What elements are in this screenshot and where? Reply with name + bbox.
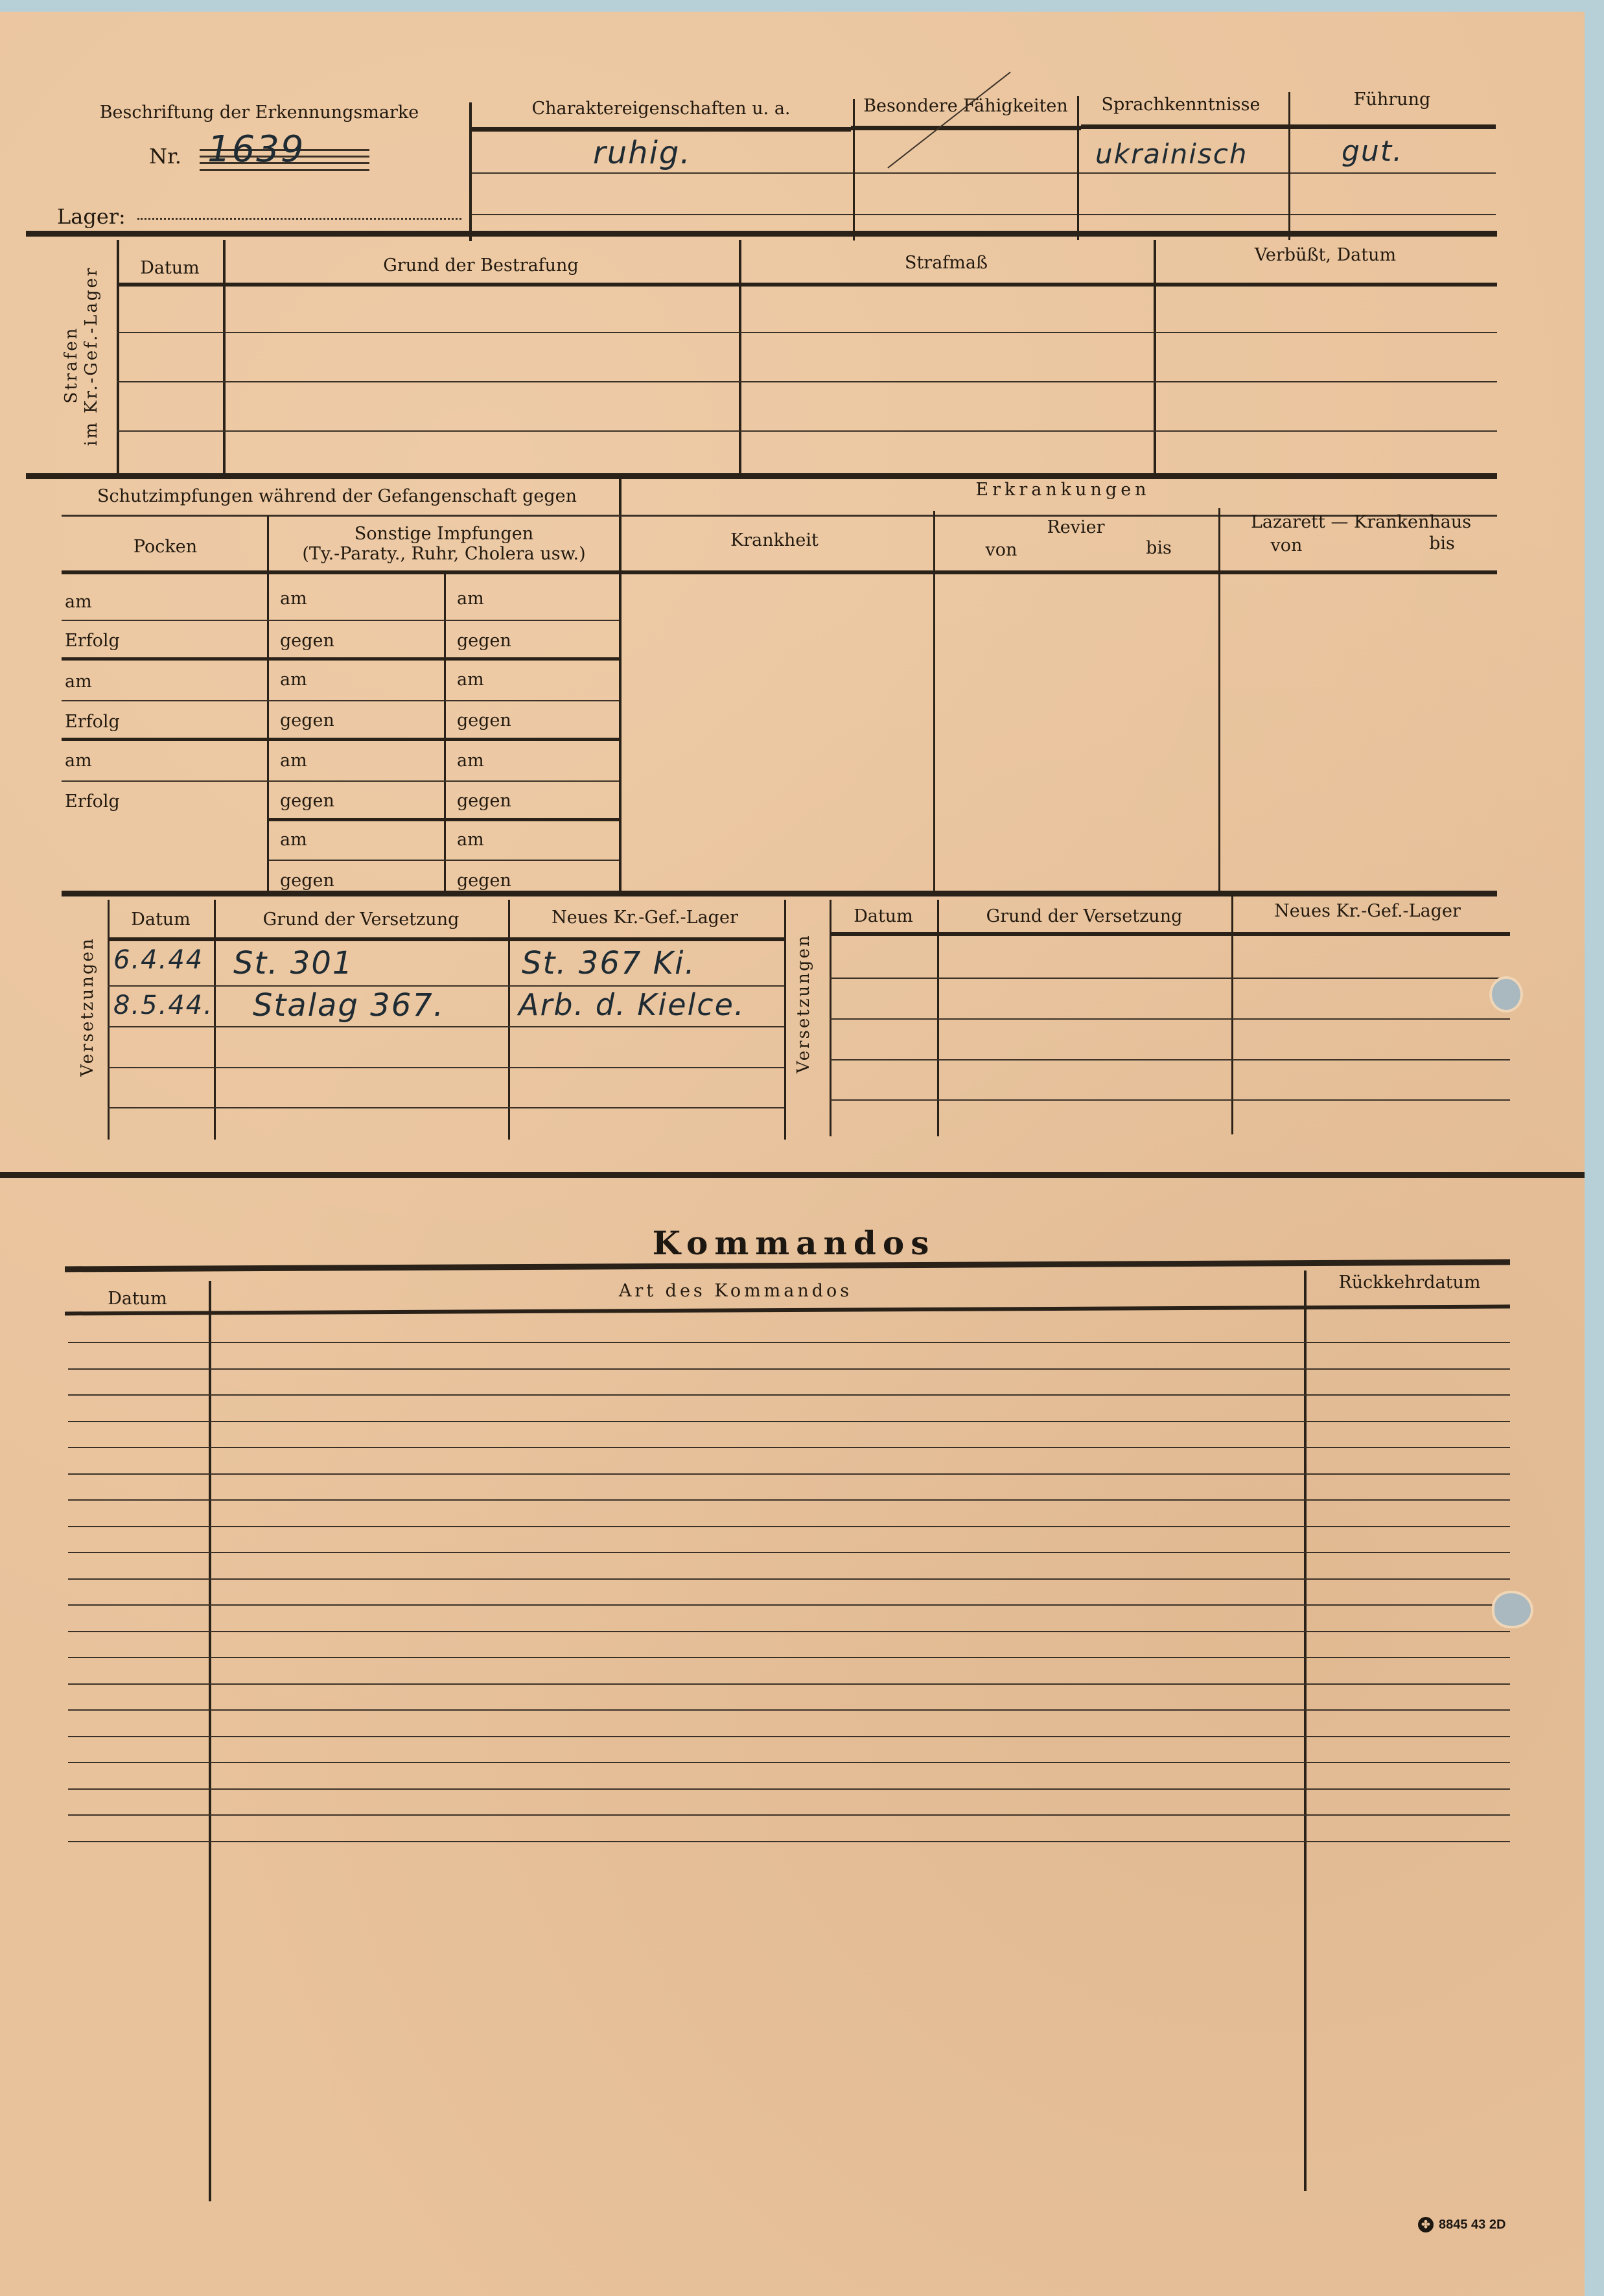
- lager-field: [137, 218, 461, 220]
- kommandos-row-line: [68, 1631, 1510, 1632]
- punch-hole-lower: [1494, 1593, 1531, 1626]
- printer-logo-icon: ✤: [1418, 2217, 1434, 2232]
- vacc-am-2b: am: [280, 670, 307, 690]
- printer-code: ✤ 8845 43 2D: [1418, 2217, 1505, 2232]
- vacc-am-3b: am: [280, 751, 307, 771]
- col-languages: Sprachkenntnisse: [1102, 95, 1261, 115]
- vacc-am-1c: am: [457, 589, 484, 609]
- transfer-2-reason: Stalag 367.: [253, 987, 445, 1024]
- kommandos-col-type: Art des Kommandos: [619, 1281, 852, 1301]
- vaccinations-title: Schutzimpfungen während der Gefangenscha…: [97, 486, 577, 506]
- vacc-am-2c: am: [457, 670, 484, 690]
- kommandos-col-date: Datum: [108, 1289, 167, 1309]
- kommandos-row-line: [68, 1526, 1510, 1527]
- col-penalty: Strafmaß: [905, 253, 988, 273]
- kommandos-row-line: [68, 1473, 1510, 1475]
- tag-label: Beschriftung der Erkennungsmarke: [100, 102, 419, 123]
- transfer-2-date: 8.5.44.: [113, 990, 213, 1020]
- kommandos-row-line: [68, 1788, 1510, 1790]
- lager-label: Lager:: [57, 205, 126, 229]
- vacc-am-1b: am: [280, 589, 307, 609]
- transfer-col-new-camp: Neues Kr.-Gef.-Lager: [552, 908, 738, 928]
- skills-strike-line: [887, 71, 1010, 168]
- col-date: Datum: [140, 258, 200, 278]
- vacc-against-1b: gegen: [280, 631, 334, 651]
- kommandos-row-line: [68, 1342, 1510, 1343]
- character-value: ruhig.: [593, 135, 692, 171]
- col-other-vaccinations: Sonstige Impfungen(Ty.-Paraty., Ruhr, Ch…: [302, 524, 585, 564]
- vacc-am-3: am: [65, 751, 92, 771]
- kommandos-title: Kommandos: [653, 1224, 936, 1262]
- col-character: Charaktereigenschaften u. a.: [531, 99, 790, 119]
- kommandos-row-line: [68, 1578, 1510, 1580]
- transfer-1-reason: St. 301: [233, 945, 353, 981]
- vacc-am-4b: am: [280, 830, 307, 850]
- transfer-col-reason: Grund der Versetzung: [263, 909, 459, 930]
- transfers-side-label-left: Versetzungen: [78, 932, 98, 1081]
- hospital-to: bis: [1429, 533, 1455, 554]
- vacc-success-3: Erfolg: [65, 791, 120, 812]
- kommandos-row-line: [68, 1762, 1510, 1763]
- infirmary-to: bis: [1146, 538, 1172, 558]
- vacc-against-3c: gegen: [457, 791, 511, 811]
- vacc-against-3b: gegen: [280, 791, 334, 811]
- transfer-2-new-camp: Arb. d. Kielce.: [518, 987, 745, 1022]
- vacc-against-1c: gegen: [457, 631, 511, 651]
- vacc-against-4b: gegen: [280, 871, 334, 891]
- transfer-col-new-camp-right: Neues Kr.-Gef.-Lager: [1274, 901, 1461, 921]
- punishments-side-label: Strafenim Kr.-Gef.-Lager: [62, 284, 102, 446]
- col-infirmary: Revier: [1047, 517, 1104, 537]
- transfer-1-new-camp: St. 367 Ki.: [522, 945, 696, 981]
- col-smallpox: Pocken: [134, 537, 197, 557]
- record-card: Beschriftung der Erkennungsmarke Nr. 163…: [0, 12, 1585, 2296]
- kommandos-row-line: [68, 1499, 1510, 1501]
- kommandos-row-line: [68, 1657, 1510, 1658]
- col-conduct: Führung: [1354, 89, 1430, 110]
- infirmary-from: von: [986, 540, 1017, 560]
- transfer-col-date: Datum: [131, 909, 191, 930]
- kommandos-row-line: [68, 1683, 1510, 1685]
- punch-hole-upper: [1492, 979, 1520, 1010]
- col-punishment-reason: Grund der Bestrafung: [383, 255, 578, 275]
- vacc-am-1: am: [65, 592, 92, 612]
- conduct-value: gut.: [1342, 135, 1403, 168]
- col-served-date: Verbüßt, Datum: [1255, 245, 1396, 265]
- vacc-success-2: Erfolg: [65, 712, 120, 732]
- transfers-side-label-right: Versetzungen: [794, 932, 814, 1075]
- vacc-success-1: Erfolg: [65, 631, 120, 651]
- col-illness: Krankheit: [730, 530, 819, 550]
- transfer-col-reason-right: Grund der Versetzung: [986, 906, 1183, 926]
- nr-label: Nr.: [149, 145, 181, 169]
- kommandos-col-return-date: Rückkehrdatum: [1338, 1272, 1480, 1293]
- vacc-against-4c: gegen: [457, 871, 511, 891]
- transfer-1-date: 6.4.44: [113, 945, 203, 975]
- vacc-am-2: am: [65, 672, 92, 692]
- vacc-am-3c: am: [457, 751, 484, 771]
- kommandos-row-line: [68, 1841, 1510, 1842]
- kommandos-row-line: [68, 1368, 1510, 1370]
- kommandos-row-line: [68, 1709, 1510, 1711]
- kommandos-row-line: [68, 1604, 1510, 1606]
- kommandos-row-line: [68, 1421, 1510, 1422]
- kommandos-row-line: [68, 1552, 1510, 1553]
- kommandos-row-line: [68, 1736, 1510, 1737]
- transfer-col-date-right: Datum: [854, 906, 913, 926]
- col-hospital: Lazarett — Krankenhaus: [1251, 512, 1471, 532]
- print-code-text: 8845 43 2D: [1439, 2218, 1505, 2232]
- kommandos-row-line: [68, 1394, 1510, 1396]
- illnesses-title: Erkrankungen: [975, 480, 1150, 500]
- vacc-against-2c: gegen: [457, 710, 511, 731]
- vacc-against-2b: gegen: [280, 710, 334, 731]
- kommandos-row-line: [68, 1814, 1510, 1816]
- languages-value: ukrainisch: [1095, 138, 1248, 170]
- hospital-from: von: [1271, 535, 1303, 556]
- vacc-am-4c: am: [457, 830, 484, 850]
- kommandos-row-line: [68, 1447, 1510, 1448]
- tag-number-value: 1639: [207, 128, 305, 170]
